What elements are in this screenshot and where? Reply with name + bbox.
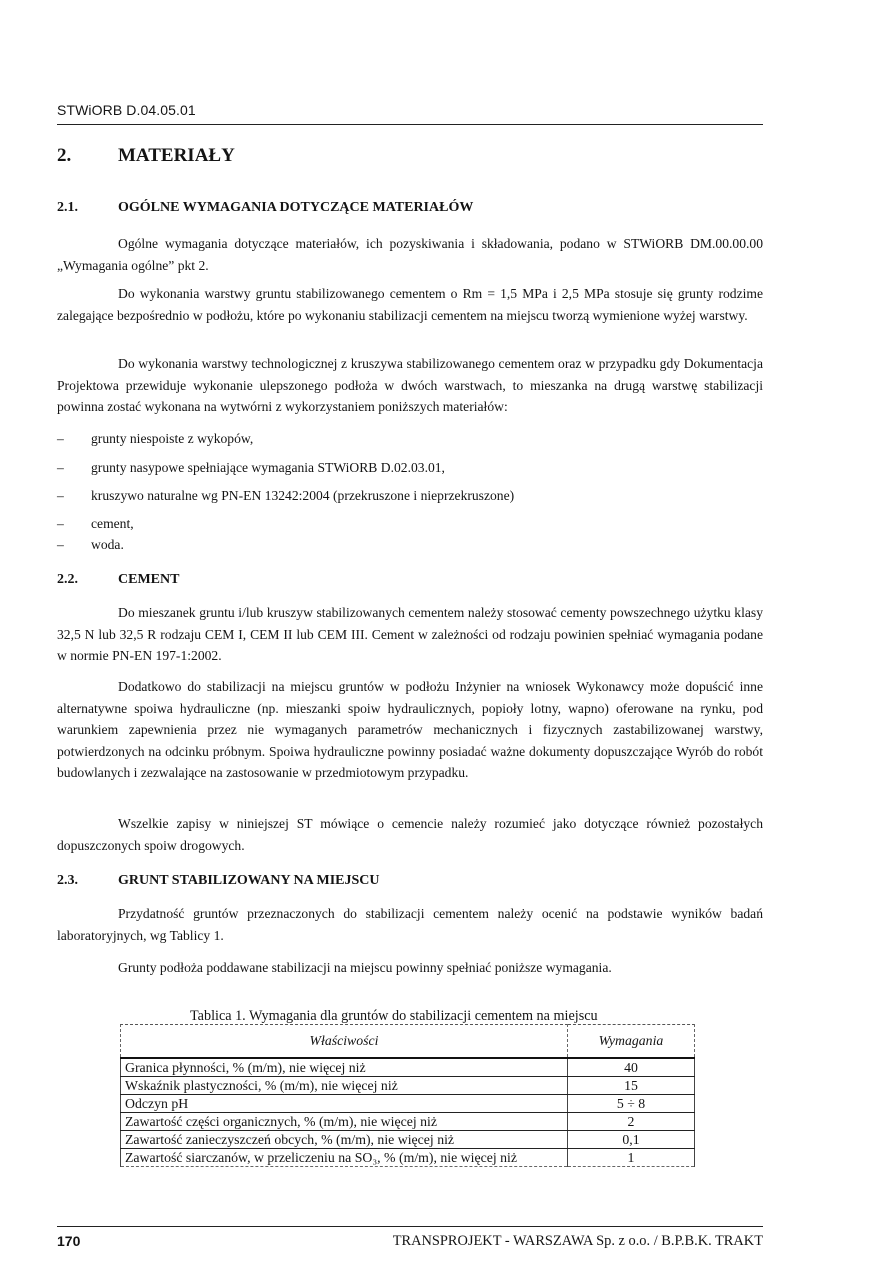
- property-cell: Wskaźnik plastyczności, % (m/m), nie wię…: [121, 1077, 568, 1095]
- requirement-cell: 2: [568, 1113, 695, 1131]
- dash-bullet-icon: –: [57, 431, 91, 447]
- requirement-cell: 0,1: [568, 1131, 695, 1149]
- paragraph: Wszelkie zapisy w niniejszej ST mówiące …: [57, 813, 763, 856]
- table-row: Zawartość zanieczyszczeń obcych, % (m/m)…: [121, 1131, 695, 1149]
- dash-bullet-icon: –: [57, 460, 91, 476]
- paragraph: Ogólne wymagania dotyczące materiałów, i…: [57, 233, 763, 276]
- subsection-heading-2-3: 2.3.GRUNT STABILIZOWANY NA MIEJSCU: [57, 873, 380, 889]
- property-cell: Odczyn pH: [121, 1095, 568, 1113]
- requirement-cell: 5 ÷ 8: [568, 1095, 695, 1113]
- page-number: 170: [57, 1233, 80, 1249]
- table-row: Odczyn pH5 ÷ 8: [121, 1095, 695, 1113]
- paragraph-text: Dodatkowo do stabilizacji na miejscu gru…: [57, 679, 763, 780]
- property-cell: Granica płynności, % (m/m), nie więcej n…: [121, 1058, 568, 1077]
- list-item-text: kruszywo naturalne wg PN-EN 13242:2004 (…: [91, 488, 514, 503]
- header-rule: [57, 124, 763, 125]
- list-item-text: grunty niespoiste z wykopów,: [91, 431, 253, 446]
- column-header-requirements: Wymagania: [568, 1025, 695, 1059]
- list-item-text: woda.: [91, 537, 124, 552]
- paragraph: Do mieszanek gruntu i/lub kruszyw stabil…: [57, 602, 763, 667]
- list-item: –woda.: [57, 537, 124, 553]
- dash-bullet-icon: –: [57, 537, 91, 553]
- paragraph: Grunty podłoża poddawane stabilizacji na…: [57, 957, 763, 979]
- paragraph-text: Przydatność gruntów przeznaczonych do st…: [57, 906, 763, 943]
- table-row: Wskaźnik plastyczności, % (m/m), nie wię…: [121, 1077, 695, 1095]
- property-cell: Zawartość siarczanów, w przeliczeniu na …: [121, 1149, 568, 1167]
- publisher-credit: TRANSPROJEKT - WARSZAWA Sp. z o.o. / B.P…: [393, 1233, 763, 1250]
- section-number: 2.: [57, 145, 118, 167]
- paragraph-text: Grunty podłoża poddawane stabilizacji na…: [118, 960, 612, 975]
- table-header-row: Właściwości Wymagania: [121, 1025, 695, 1059]
- paragraph: Do wykonania warstwy gruntu stabilizowan…: [57, 283, 763, 326]
- dash-bullet-icon: –: [57, 488, 91, 504]
- subsection-title: OGÓLNE WYMAGANIA DOTYCZĄCE MATERIAŁÓW: [118, 200, 473, 215]
- subsection-number: 2.2.: [57, 572, 118, 588]
- paragraph-text: Do mieszanek gruntu i/lub kruszyw stabil…: [57, 605, 763, 663]
- list-item-text: cement,: [91, 516, 134, 531]
- list-item: –cement,: [57, 516, 134, 532]
- list-item: –grunty niespoiste z wykopów,: [57, 431, 253, 447]
- list-item: –grunty nasypowe spełniające wymagania S…: [57, 460, 445, 476]
- paragraph: Dodatkowo do stabilizacji na miejscu gru…: [57, 676, 763, 784]
- table-row: Zawartość części organicznych, % (m/m), …: [121, 1113, 695, 1131]
- requirement-cell: 40: [568, 1058, 695, 1077]
- requirement-cell: 1: [568, 1149, 695, 1167]
- table-row: Zawartość siarczanów, w przeliczeniu na …: [121, 1149, 695, 1167]
- subsection-number: 2.3.: [57, 873, 118, 889]
- requirements-table: Właściwości Wymagania Granica płynności,…: [120, 1024, 695, 1167]
- running-header: STWiORB D.04.05.01: [57, 102, 196, 118]
- paragraph: Przydatność gruntów przeznaczonych do st…: [57, 903, 763, 946]
- requirement-cell: 15: [568, 1077, 695, 1095]
- list-item-text: grunty nasypowe spełniające wymagania ST…: [91, 460, 445, 475]
- subsection-title: GRUNT STABILIZOWANY NA MIEJSCU: [118, 873, 380, 888]
- subsection-heading-2-2: 2.2.CEMENT: [57, 572, 179, 588]
- paragraph-text: Do wykonania warstwy technologicznej z k…: [57, 356, 763, 414]
- column-header-properties: Właściwości: [121, 1025, 568, 1059]
- paragraph-text: Ogólne wymagania dotyczące materiałów, i…: [57, 236, 763, 273]
- paragraph-text: Do wykonania warstwy gruntu stabilizowan…: [57, 286, 763, 323]
- dash-bullet-icon: –: [57, 516, 91, 532]
- paragraph-text: Wszelkie zapisy w niniejszej ST mówiące …: [57, 816, 763, 853]
- table-row: Granica płynności, % (m/m), nie więcej n…: [121, 1058, 695, 1077]
- table-caption: Tablica 1. Wymagania dla gruntów do stab…: [190, 1008, 598, 1025]
- paragraph: Do wykonania warstwy technologicznej z k…: [57, 353, 763, 418]
- list-item: –kruszywo naturalne wg PN-EN 13242:2004 …: [57, 488, 514, 504]
- section-title: MATERIAŁY: [118, 145, 235, 166]
- subsection-title: CEMENT: [118, 572, 179, 587]
- property-cell: Zawartość zanieczyszczeń obcych, % (m/m)…: [121, 1131, 568, 1149]
- subsection-number: 2.1.: [57, 200, 118, 216]
- section-heading: 2.MATERIAŁY: [57, 145, 235, 167]
- subsection-heading-2-1: 2.1.OGÓLNE WYMAGANIA DOTYCZĄCE MATERIAŁÓ…: [57, 200, 473, 216]
- property-cell: Zawartość części organicznych, % (m/m), …: [121, 1113, 568, 1131]
- footer-rule: [57, 1226, 763, 1227]
